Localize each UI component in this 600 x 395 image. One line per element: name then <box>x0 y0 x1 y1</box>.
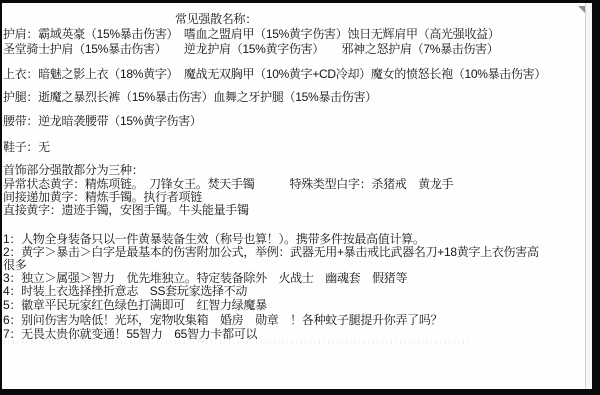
scrollbar-track[interactable] <box>586 3 592 389</box>
doc-line-shoulder-1: 护肩：霸域英豪（15%暴击伤害） 嗜血之盟肩甲（15%黄字伤害）蚀日无辉肩甲（高… <box>3 28 500 41</box>
doc-line-top-armor: 上衣：暗魅之影上衣（18%黄字） 魔战无双胸甲（10%黄字+CD冷却）魔女的愤怒… <box>3 68 546 81</box>
doc-line-note-6: 6：别问伤害为啥低！光环，宠物收集箱 婚房 勋章 ！各种蚊子腿提升你弄了吗？ <box>3 314 442 327</box>
doc-line-note-4: 4：时装上衣选择挫折意志 SS套玩家选择不动 <box>3 285 247 298</box>
doc-line-note-2: 2：黄字＞暴击＞白字是最基本的伤害附加公式，举例：武器无用+暴击戒比武器名刀+1… <box>3 246 539 259</box>
corner-fold-icon <box>578 6 585 13</box>
doc-title: 常见强散名称： <box>175 13 257 26</box>
doc-line-shoulder-2: 圣堂骑士护肩（15%暴击伤害） 逆龙护肩（15%黄字伤害） 邪神之怒护肩（7%暴… <box>3 43 499 56</box>
doc-line-note-5: 5：徽章平民玩家红色绿色打满即可 红智力绿魔暴 <box>3 299 267 312</box>
compression-artifact-line <box>4 340 472 344</box>
doc-line-belt: 腰带：逆龙暗袭腰带（15%黄字伤害） <box>3 115 202 128</box>
document-page: 常见强散名称： 护肩：霸域英豪（15%暴击伤害） 嗜血之盟肩甲（15%黄字伤害）… <box>2 3 592 389</box>
doc-line-shoes: 鞋子：无 <box>3 141 50 154</box>
doc-line-accessory-header: 首饰部分强散都分为三种： <box>3 164 143 177</box>
doc-line-direct-yellow: 直接黄字：遗迹手镯，安图手镯。牛头能量手镯 <box>3 204 249 217</box>
screen-frame: 常见强散名称： 护肩：霸域英豪（15%暴击伤害） 嗜血之盟肩甲（15%黄字伤害）… <box>0 0 600 395</box>
doc-line-leg-armor: 护腿：逝魔之暴烈长裤（15%暴击伤害）血舞之牙护腿（15%暴击伤害） <box>3 91 377 104</box>
